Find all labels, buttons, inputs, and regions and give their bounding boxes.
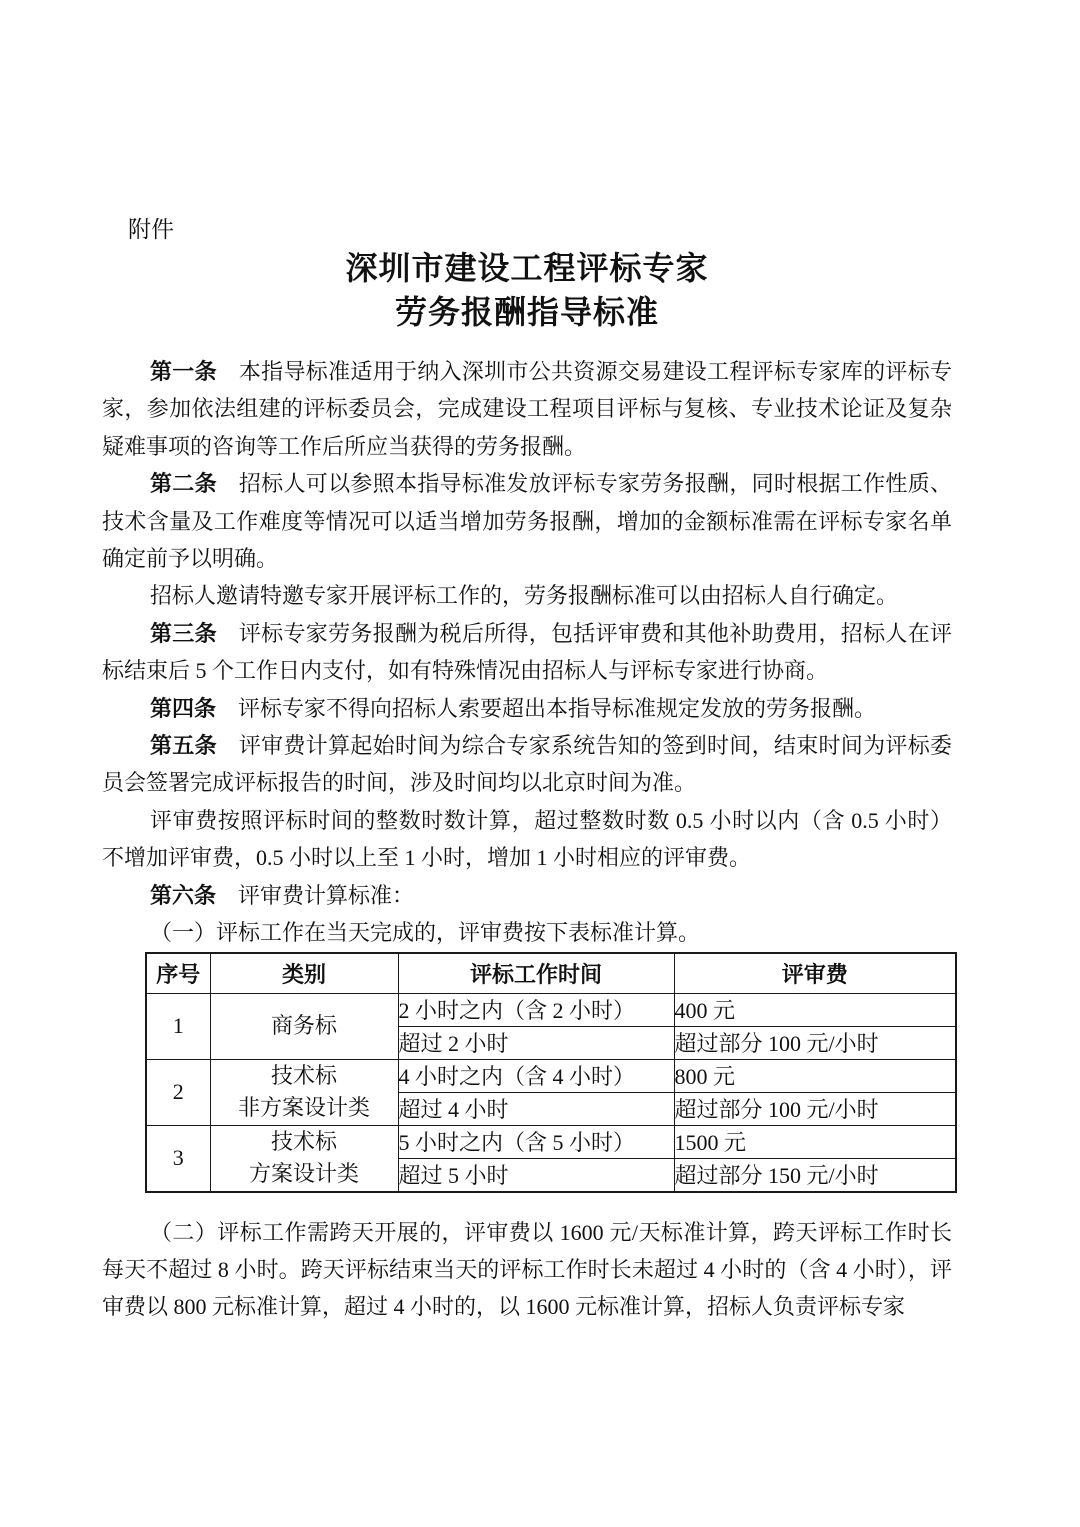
cell-category-3: 技术标 方案设计类: [210, 1125, 398, 1192]
article-4-text: 评标专家不得向招标人索要超出本指导标准规定发放的劳务报酬。: [238, 696, 876, 721]
cell-serial-2: 2: [146, 1059, 210, 1125]
cell-category-1: 商务标: [210, 993, 398, 1059]
para-article-5: 第五条评审费计算起始时间为综合专家系统告知的签到时间，结束时间为评标委员会签署完…: [102, 727, 952, 802]
para-item-1-text: （一）评标工作在当天完成的，评审费按下表标准计算。: [150, 920, 700, 945]
cell-serial-3: 3: [146, 1125, 210, 1192]
article-4-number: 第四条: [150, 696, 216, 721]
article-2-text: 招标人可以参照本指导标准发放评标专家劳务报酬，同时根据工作性质、技术含量及工作难…: [102, 471, 952, 571]
table-row-3a: 3 技术标 方案设计类 5 小时之内（含 5 小时） 1500 元: [146, 1125, 956, 1158]
cell-time-3a: 5 小时之内（含 5 小时）: [398, 1125, 674, 1158]
article-3-number: 第三条: [150, 621, 217, 646]
cell-fee-3b: 超过部分 150 元/小时: [674, 1158, 956, 1192]
header-col-category: 类别: [210, 953, 398, 994]
article-3-text: 评标专家劳务报酬为税后所得，包括评审费和其他补助费用，招标人在评标结束后 5 个…: [102, 621, 952, 683]
cell-fee-3a: 1500 元: [674, 1125, 956, 1158]
cell-fee-1a: 400 元: [674, 993, 956, 1026]
para-item-1: （一）评标工作在当天完成的，评审费按下表标准计算。: [102, 914, 952, 951]
article-2-number: 第二条: [150, 471, 217, 496]
table-header-row: 序号 类别 评标工作时间 评审费: [146, 953, 956, 994]
header-col-review-fee: 评审费: [674, 953, 956, 994]
para-item-2-text: （二）评标工作需跨天开展的，评审费以 1600 元/天标准计算，跨天评标工作时长…: [102, 1220, 952, 1320]
cell-time-2b: 超过 4 小时: [398, 1092, 674, 1125]
cell-time-1a: 2 小时之内（含 2 小时）: [398, 993, 674, 1026]
cell-serial-1: 1: [146, 993, 210, 1059]
article-1-number: 第一条: [150, 359, 217, 384]
document-title: 深圳市建设工程评标专家 劳务报酬指导标准: [102, 246, 952, 334]
para-article-6: 第六条评审费计算标准：: [102, 877, 952, 914]
doc-title-line-2: 劳务报酬指导标准: [102, 290, 952, 334]
cell-fee-2a: 800 元: [674, 1059, 956, 1092]
para-article-4: 第四条评标专家不得向招标人索要超出本指导标准规定发放的劳务报酬。: [102, 690, 952, 727]
cell-time-1b: 超过 2 小时: [398, 1026, 674, 1059]
review-fee-table: 序号 类别 评标工作时间 评审费 1 商务标 2 小时之内（含 2 小时） 40…: [145, 952, 957, 1193]
para-invited-experts: 招标人邀请特邀专家开展评标工作的，劳务报酬标准可以由招标人自行确定。: [102, 577, 952, 614]
para-article-1: 第一条本指导标准适用于纳入深圳市公共资源交易建设工程评标专家库的评标专家，参加依…: [102, 353, 952, 465]
cell-time-2a: 4 小时之内（含 4 小时）: [398, 1059, 674, 1092]
para-fee-rounding-text: 评审费按照评标时间的整数时数计算，超过整数时数 0.5 小时以内（含 0.5 小…: [102, 808, 952, 870]
doc-title-line-1: 深圳市建设工程评标专家: [102, 246, 952, 290]
table-row-1a: 1 商务标 2 小时之内（含 2 小时） 400 元: [146, 993, 956, 1026]
cell-time-3b: 超过 5 小时: [398, 1158, 674, 1192]
cell-fee-1b: 超过部分 100 元/小时: [674, 1026, 956, 1059]
cell-fee-2b: 超过部分 100 元/小时: [674, 1092, 956, 1125]
para-article-2: 第二条招标人可以参照本指导标准发放评标专家劳务报酬，同时根据工作性质、技术含量及…: [102, 465, 952, 577]
document-content: 附件 深圳市建设工程评标专家 劳务报酬指导标准 第一条本指导标准适用于纳入深圳市…: [102, 216, 952, 1326]
para-invited-experts-text: 招标人邀请特邀专家开展评标工作的，劳务报酬标准可以由招标人自行确定。: [150, 583, 898, 608]
para-fee-rounding: 评审费按照评标时间的整数时数计算，超过整数时数 0.5 小时以内（含 0.5 小…: [102, 802, 952, 877]
document-page: 附件 深圳市建设工程评标专家 劳务报酬指导标准 第一条本指导标准适用于纳入深圳市…: [0, 0, 1080, 1527]
para-article-3: 第三条评标专家劳务报酬为税后所得，包括评审费和其他补助费用，招标人在评标结束后 …: [102, 615, 952, 690]
article-6-number: 第六条: [150, 883, 216, 908]
cell-category-2: 技术标 非方案设计类: [210, 1059, 398, 1125]
attachment-label: 附件: [128, 216, 952, 244]
table-row-2a: 2 技术标 非方案设计类 4 小时之内（含 4 小时） 800 元: [146, 1059, 956, 1092]
header-col-serial: 序号: [146, 953, 210, 994]
article-5-number: 第五条: [150, 733, 217, 758]
article-5-text: 评审费计算起始时间为综合专家系统告知的签到时间，结束时间为评标委员会签署完成评标…: [102, 733, 952, 795]
article-6-text: 评审费计算标准：: [238, 883, 414, 908]
article-1-text: 本指导标准适用于纳入深圳市公共资源交易建设工程评标专家库的评标专家，参加依法组建…: [102, 359, 952, 459]
header-col-work-time: 评标工作时间: [398, 953, 674, 994]
para-item-2: （二）评标工作需跨天开展的，评审费以 1600 元/天标准计算，跨天评标工作时长…: [102, 1214, 952, 1326]
